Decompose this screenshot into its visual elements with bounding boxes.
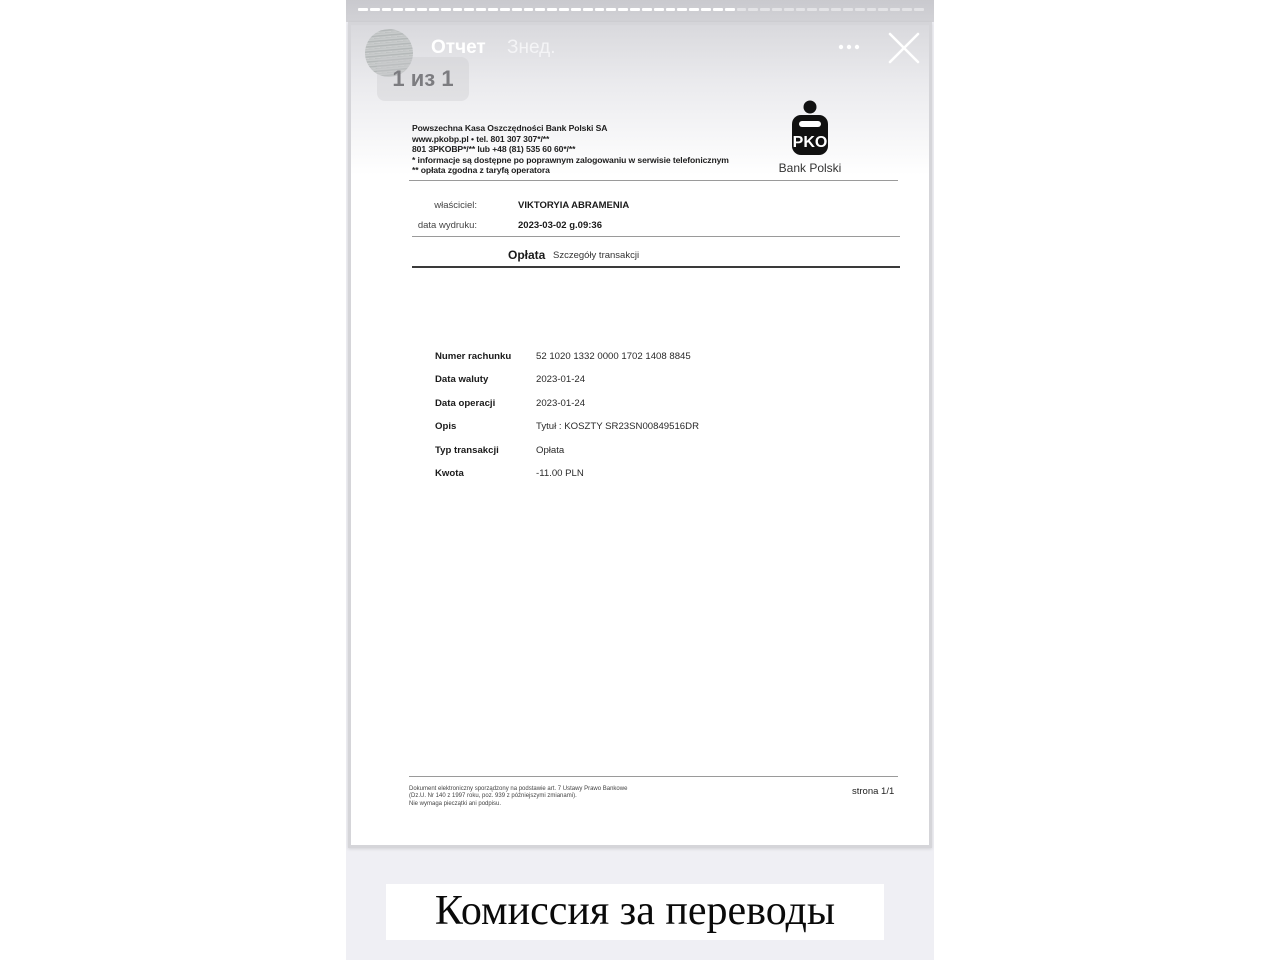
bank-logo-text: Bank Polski (778, 161, 842, 175)
progress-segment (807, 8, 817, 11)
detail-value: Opłata (536, 445, 564, 456)
meta-value: 2023-03-02 g.09:36 (518, 220, 602, 231)
detail-label: Kwota (435, 468, 464, 479)
progress-segment (618, 8, 628, 11)
detail-label: Data waluty (435, 374, 488, 385)
progress-segment (760, 8, 770, 11)
progress-segment (417, 8, 427, 11)
story-viewer: Powszechna Kasa Oszczędności Bank Polski… (346, 0, 934, 960)
section-title: Opłata (508, 248, 545, 262)
progress-segment (464, 8, 474, 11)
story-caption: Комиссия за переводы (386, 884, 884, 940)
footnote-line: (Dz.U. Nr 140 z 1997 roku, poz. 939 z pó… (409, 793, 627, 800)
progress-segment (737, 8, 747, 11)
story-header: 1 из 1 Отчет Знед. (351, 25, 929, 115)
detail-label: Data operacji (435, 398, 495, 409)
progress-segment (441, 8, 451, 11)
progress-segment (784, 8, 794, 11)
progress-segment (642, 8, 652, 11)
caption-box: Комиссия за переводы (386, 884, 884, 940)
progress-segment (571, 8, 581, 11)
progress-segment (393, 8, 403, 11)
progress-segment (867, 8, 877, 11)
progress-segment (453, 8, 463, 11)
detail-value: Tytuł : KOSZTY SR23SN00849516DR (536, 421, 699, 432)
footer-divider (409, 776, 898, 777)
progress-segment (547, 8, 557, 11)
progress-segment (512, 8, 522, 11)
detail-label: Opis (435, 421, 456, 432)
bank-info-line: 801 3PKOBP*/** lub +48 (81) 535 60 60*/*… (412, 144, 729, 155)
progress-segment (535, 8, 545, 11)
detail-label: Numer rachunku (435, 351, 511, 362)
progress-segment (677, 8, 687, 11)
progress-segment (831, 8, 841, 11)
divider (412, 266, 900, 268)
detail-value: -11.00 PLN (536, 468, 584, 479)
progress-segment (583, 8, 593, 11)
progress-segment (890, 8, 900, 11)
progress-segment (358, 8, 368, 11)
progress-segment (382, 8, 392, 11)
meta-value: VIKTORYIA ABRAMENIA (518, 200, 629, 211)
progress-segment (476, 8, 486, 11)
progress-segment (713, 8, 723, 11)
progress-segment (630, 8, 640, 11)
progress-segment (666, 8, 676, 11)
document-page: Powszechna Kasa Oszczędności Bank Polski… (351, 25, 929, 845)
page-number: strona 1/1 (852, 786, 894, 797)
progress-segment (429, 8, 439, 11)
legal-footnote: Dokument elektroniczny sporządzony na po… (409, 786, 627, 808)
progress-segment (524, 8, 534, 11)
progress-segment (725, 8, 735, 11)
divider (409, 180, 898, 181)
progress-segment (855, 8, 865, 11)
progress-segment (819, 8, 829, 11)
progress-segment (701, 8, 711, 11)
close-button[interactable] (887, 31, 921, 65)
progress-segment (559, 8, 569, 11)
detail-value: 2023-01-24 (536, 398, 585, 409)
progress-segment (914, 8, 924, 11)
progress-segment (370, 8, 380, 11)
more-options-button[interactable] (835, 37, 863, 57)
progress-segment (689, 8, 699, 11)
progress-segment (595, 8, 605, 11)
more-horizontal-icon (835, 37, 863, 57)
detail-value: 2023-01-24 (536, 374, 585, 385)
meta-label: właściciel: (359, 200, 477, 211)
meta-label: data wydruku: (359, 220, 477, 231)
story-top-bar (346, 0, 934, 22)
story-progress-bar (358, 8, 924, 11)
progress-segment (843, 8, 853, 11)
bank-statement: Powszechna Kasa Oszczędności Bank Polski… (351, 25, 929, 845)
divider (412, 236, 900, 237)
svg-text:PKO: PKO (793, 134, 828, 151)
progress-segment (772, 8, 782, 11)
progress-segment (405, 8, 415, 11)
progress-segment (902, 8, 912, 11)
story-timestamp: Знед. (507, 37, 555, 59)
page-counter-badge: 1 из 1 (377, 57, 469, 101)
section-subtitle: Szczegóły transakcji (553, 250, 639, 261)
progress-segment (606, 8, 616, 11)
progress-segment (796, 8, 806, 11)
progress-segment (654, 8, 664, 11)
progress-segment (488, 8, 498, 11)
footnote-line: Dokument elektroniczny sporządzony na po… (409, 786, 627, 793)
progress-segment (878, 8, 888, 11)
close-icon (887, 31, 921, 65)
bank-info-line: www.pkobp.pl • tel. 801 307 307*/** (412, 134, 729, 145)
story-author[interactable]: Отчет (431, 37, 486, 59)
bank-info-line: ** opłata zgodna z taryfą operatora (412, 165, 729, 176)
document-preview[interactable]: Powszechna Kasa Oszczędności Bank Polski… (348, 22, 932, 848)
progress-segment (500, 8, 510, 11)
bank-info-line: * informacje są dostępne po poprawnym za… (412, 155, 729, 166)
detail-value: 52 1020 1332 0000 1702 1408 8845 (536, 351, 691, 362)
bank-contact-info: Powszechna Kasa Oszczędności Bank Polski… (412, 123, 729, 176)
progress-segment (748, 8, 758, 11)
bank-info-line: Powszechna Kasa Oszczędności Bank Polski… (412, 123, 729, 134)
footnote-line: Nie wymaga pieczątki ani podpisu. (409, 801, 627, 808)
detail-label: Typ transakcji (435, 445, 499, 456)
